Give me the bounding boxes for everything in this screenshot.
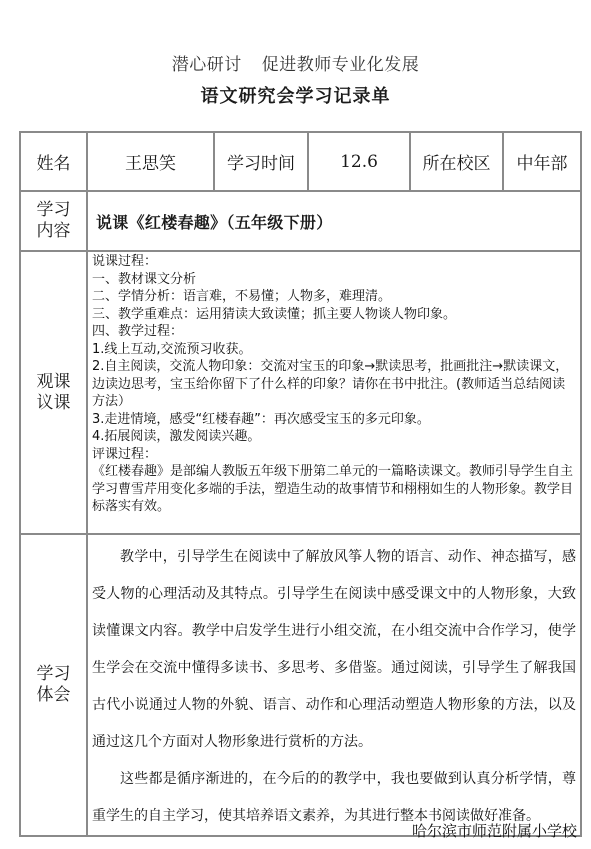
reflection-paragraph: 教学中，引导学生在阅读中了解放风筝人物的语言、动作、神态描写，感受人物的心理活动… [92,539,576,761]
reflection-label: 学习体会 [20,534,87,836]
content-row: 学习内容 说课《红楼春趣》（五年级下册） [20,191,581,251]
content-label: 学习内容 [20,191,87,251]
school-name: 哈尔滨市师范附属小学校 [412,820,577,841]
name-label: 姓名 [20,132,87,191]
obs-line: 四、教学过程： [92,323,576,341]
label-line: 体会 [21,685,86,706]
obs-line: 说课过程： [92,253,576,271]
label-line: 观课 [21,372,86,393]
obs-line: 《红楼春趣》是部编人教版五年级下册第二单元的一篇略读课文。教师引导学生自主学习曹… [92,463,576,516]
name-value: 王思笑 [87,132,214,191]
document-title: 语文研究会学习记录单 [0,82,591,108]
campus-label: 所在校区 [410,132,503,191]
reflection-row: 学习体会 教学中，引导学生在阅读中了解放风筝人物的语言、动作、神态描写，感受人物… [20,534,581,836]
reflection-content: 教学中，引导学生在阅读中了解放风筝人物的语言、动作、神态描写，感受人物的心理活动… [87,534,581,836]
label-line: 内容 [21,221,86,242]
obs-line: 4.拓展阅读，激发阅读兴趣。 [92,428,576,446]
subtitle-right: 促进教师专业化发展 [262,55,420,75]
observation-row: 观课议课 说课过程： 一、教材课文分析 二、学情分析：语言难，不易懂；人物多，难… [20,251,581,534]
label-line: 学习 [21,200,86,221]
subtitle-left: 潜心研讨 [172,55,242,75]
record-table: 姓名 王思笑 学习时间 12.6 所在校区 中年部 学习内容 说课《红楼春趣》（… [19,131,582,837]
document-subtitle: 潜心研讨促进教师专业化发展 [0,50,591,75]
campus-value: 中年部 [503,132,581,191]
obs-line: 1.线上互动,交流预习收获。 [92,341,576,359]
content-value: 说课《红楼春趣》（五年级下册） [87,191,581,251]
obs-line: 三、教学重难点：运用猜读大致读懂；抓主要人物谈人物印象。 [92,306,576,324]
time-value: 12.6 [308,132,410,191]
obs-line: 2.自主阅读，交流人物印象：交流对宝玉的印象→默读思考，批画批注→默读课文，边读… [92,358,576,411]
observation-label: 观课议课 [20,251,87,534]
obs-line: 一、教材课文分析 [92,271,576,289]
label-line: 议课 [21,393,86,414]
time-label: 学习时间 [214,132,308,191]
obs-line: 二、学情分析：语言难，不易懂；人物多，难理清。 [92,288,576,306]
label-line: 学习 [21,664,86,685]
obs-line: 3.走进情境，感受“红楼春趣”：再次感受宝玉的多元印象。 [92,411,576,429]
observation-content: 说课过程： 一、教材课文分析 二、学情分析：语言难，不易懂；人物多，难理清。 三… [87,251,581,534]
info-row: 姓名 王思笑 学习时间 12.6 所在校区 中年部 [20,132,581,191]
obs-line: 评课过程： [92,446,576,464]
